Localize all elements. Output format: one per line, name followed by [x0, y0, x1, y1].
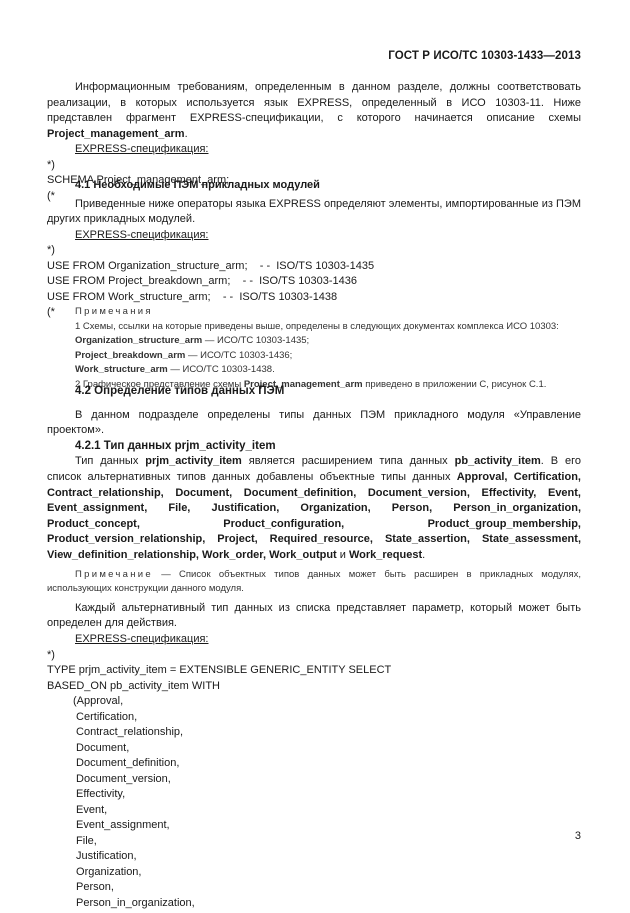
note-1: 1 Схемы, ссылки на которые приведены выш… [75, 320, 581, 335]
notes-block: Примечания 1 Схемы, ссылки на которые пр… [47, 305, 581, 393]
section-4-1-title: 4.1 Необходимые ПЭМ прикладных модулей [47, 178, 581, 194]
express-spec-label: EXPRESS-спецификация: [75, 229, 208, 241]
note-ref: Organization_structure_arm — ИСО/ТС 1030… [75, 334, 581, 349]
document-header: ГОСТ Р ИСО/ТС 10303-1433—2013 [388, 50, 581, 62]
select-list: (Approval, Certification, Contract_relat… [47, 694, 581, 911]
type-note: Примечание — Список объектных типов данн… [47, 568, 581, 597]
section-4-1-text: Приведенные ниже операторы языка EXPRESS… [47, 197, 581, 228]
notes-title: Примечания [75, 305, 581, 320]
param-text: Каждый альтернативный тип данных из спис… [47, 601, 581, 632]
page-number: 3 [575, 830, 581, 842]
note-ref: Project_breakdown_arm — ИСО/ТС 10303-143… [75, 349, 581, 364]
section-4-2-1-title: 4.2.1 Тип данных prjm_activity_item [47, 439, 581, 455]
section-4-2: 4.2 Определение типов данных ПЭМ В данно… [47, 384, 581, 911]
type-code: *) TYPE prjm_activity_item = EXTENSIBLE … [47, 648, 581, 912]
intro-paragraph: Информационным требованиям, определенным… [47, 80, 581, 142]
type-description: Тип данных prjm_activity_item является р… [47, 454, 581, 563]
express-spec-label: EXPRESS-спецификация: [75, 633, 208, 645]
section-4-2-text: В данном подразделе определены типы данн… [47, 408, 581, 439]
section-4-2-title: 4.2 Определение типов данных ПЭМ [47, 384, 581, 400]
section-4-1: 4.1 Необходимые ПЭМ прикладных модулей П… [47, 178, 581, 321]
express-spec-label: EXPRESS-спецификация: [75, 143, 208, 155]
note-ref: Work_structure_arm — ИСО/ТС 10303-1438. [75, 363, 581, 378]
